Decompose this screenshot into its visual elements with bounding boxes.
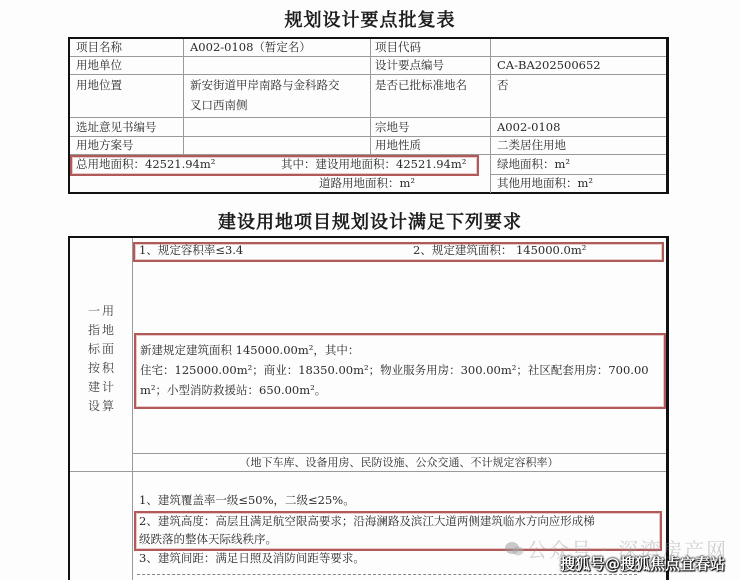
dashed-divider [137,574,637,575]
table-border-left [68,236,70,580]
requirement-coverage: 1、建筑覆盖率一级≤50%，二级≤25%。 [139,491,355,509]
section-title: 建设用地项目规划设计满足下列要求 [0,208,740,234]
gfa-breakdown-line3: m²；小型消防救援站：650.00m²。 [140,381,326,399]
table-border-bottom [68,192,669,194]
side-label-indicators: 一用 指地 标面 按积 建计 设算 [88,302,116,416]
label-site-opinion-number: 选址意见书编号 [76,118,157,136]
grid-line [370,39,371,154]
value-design-number: CA-BA202500652 [497,56,601,74]
other-area: 其他用地面积：m² [497,174,593,192]
document-title: 规划设计要点批复表 [0,6,740,32]
grid-line [70,74,666,75]
value-parcel-number: A002-0108 [497,118,560,136]
grid-line [490,39,491,193]
value-project-name: A002-0108（暂定名） [190,38,311,56]
label-land-use-type: 用地性质 [375,136,421,154]
requirement-height-line2: 级跌落的整体天际线秩序。 [139,530,277,548]
label-land-unit: 用地单位 [76,56,122,74]
grid-line [132,238,133,580]
requirement-spacing: 3、建筑间距：满足日照及消防间距等要求。 [139,549,365,567]
far-exclusion-note: （地下车库、设备用房、民防设施、公众交通、不计规定容积率） [132,454,666,472]
value-land-use-type: 二类居住用地 [497,136,566,154]
construction-area: 其中：建设用地面积：42521.94m² [281,155,466,173]
label-parcel-number: 宗地号 [375,118,410,136]
green-area: 绿地面积：m² [497,155,570,173]
requirement-height-line1: 2、建筑高度：高层且满足航空限高要求；沿海澜路及滨江大道两侧建筑临水方向应形成梯 [139,512,595,530]
value-land-location-line2: 叉口西南侧 [190,96,248,114]
total-area: 总用地面积：42521.94m² [76,155,215,173]
gfa-breakdown-line2: 住宅：125000.00m²；商业：18350.00m²；物业服务用房：300.… [140,361,649,379]
table-border-right [666,37,669,194]
label-project-name: 项目名称 [76,38,122,56]
table-border-top [68,236,669,238]
value-land-location-line1: 新安街道甲岸南路与金科路交 [190,76,340,94]
gfa-requirement: 2、规定建筑面积： 145000.0m² [413,241,586,259]
far-requirement: 1、规定容积率≤3.4 [139,241,243,259]
label-design-number: 设计要点编号 [375,56,444,74]
table-border-right [666,236,669,580]
label-land-plan-number: 用地方案号 [76,136,134,154]
label-project-code: 项目代码 [375,38,421,56]
table-border-top [68,37,669,39]
grid-line [70,117,666,118]
value-standard-name: 否 [497,76,509,94]
grid-line [70,136,666,137]
wechat-icon [504,541,524,557]
label-land-location: 用地位置 [76,76,122,94]
grid-line [183,39,184,154]
gfa-breakdown-line1: 新建规定建筑面积 145000.00m²，其中： [140,341,359,359]
sohu-watermark: 搜狐号@搜狐焦点宜春站 [560,553,725,574]
road-area: 道路用地面积：m² [319,174,415,192]
label-standard-name: 是否已批标准地名 [375,76,467,94]
